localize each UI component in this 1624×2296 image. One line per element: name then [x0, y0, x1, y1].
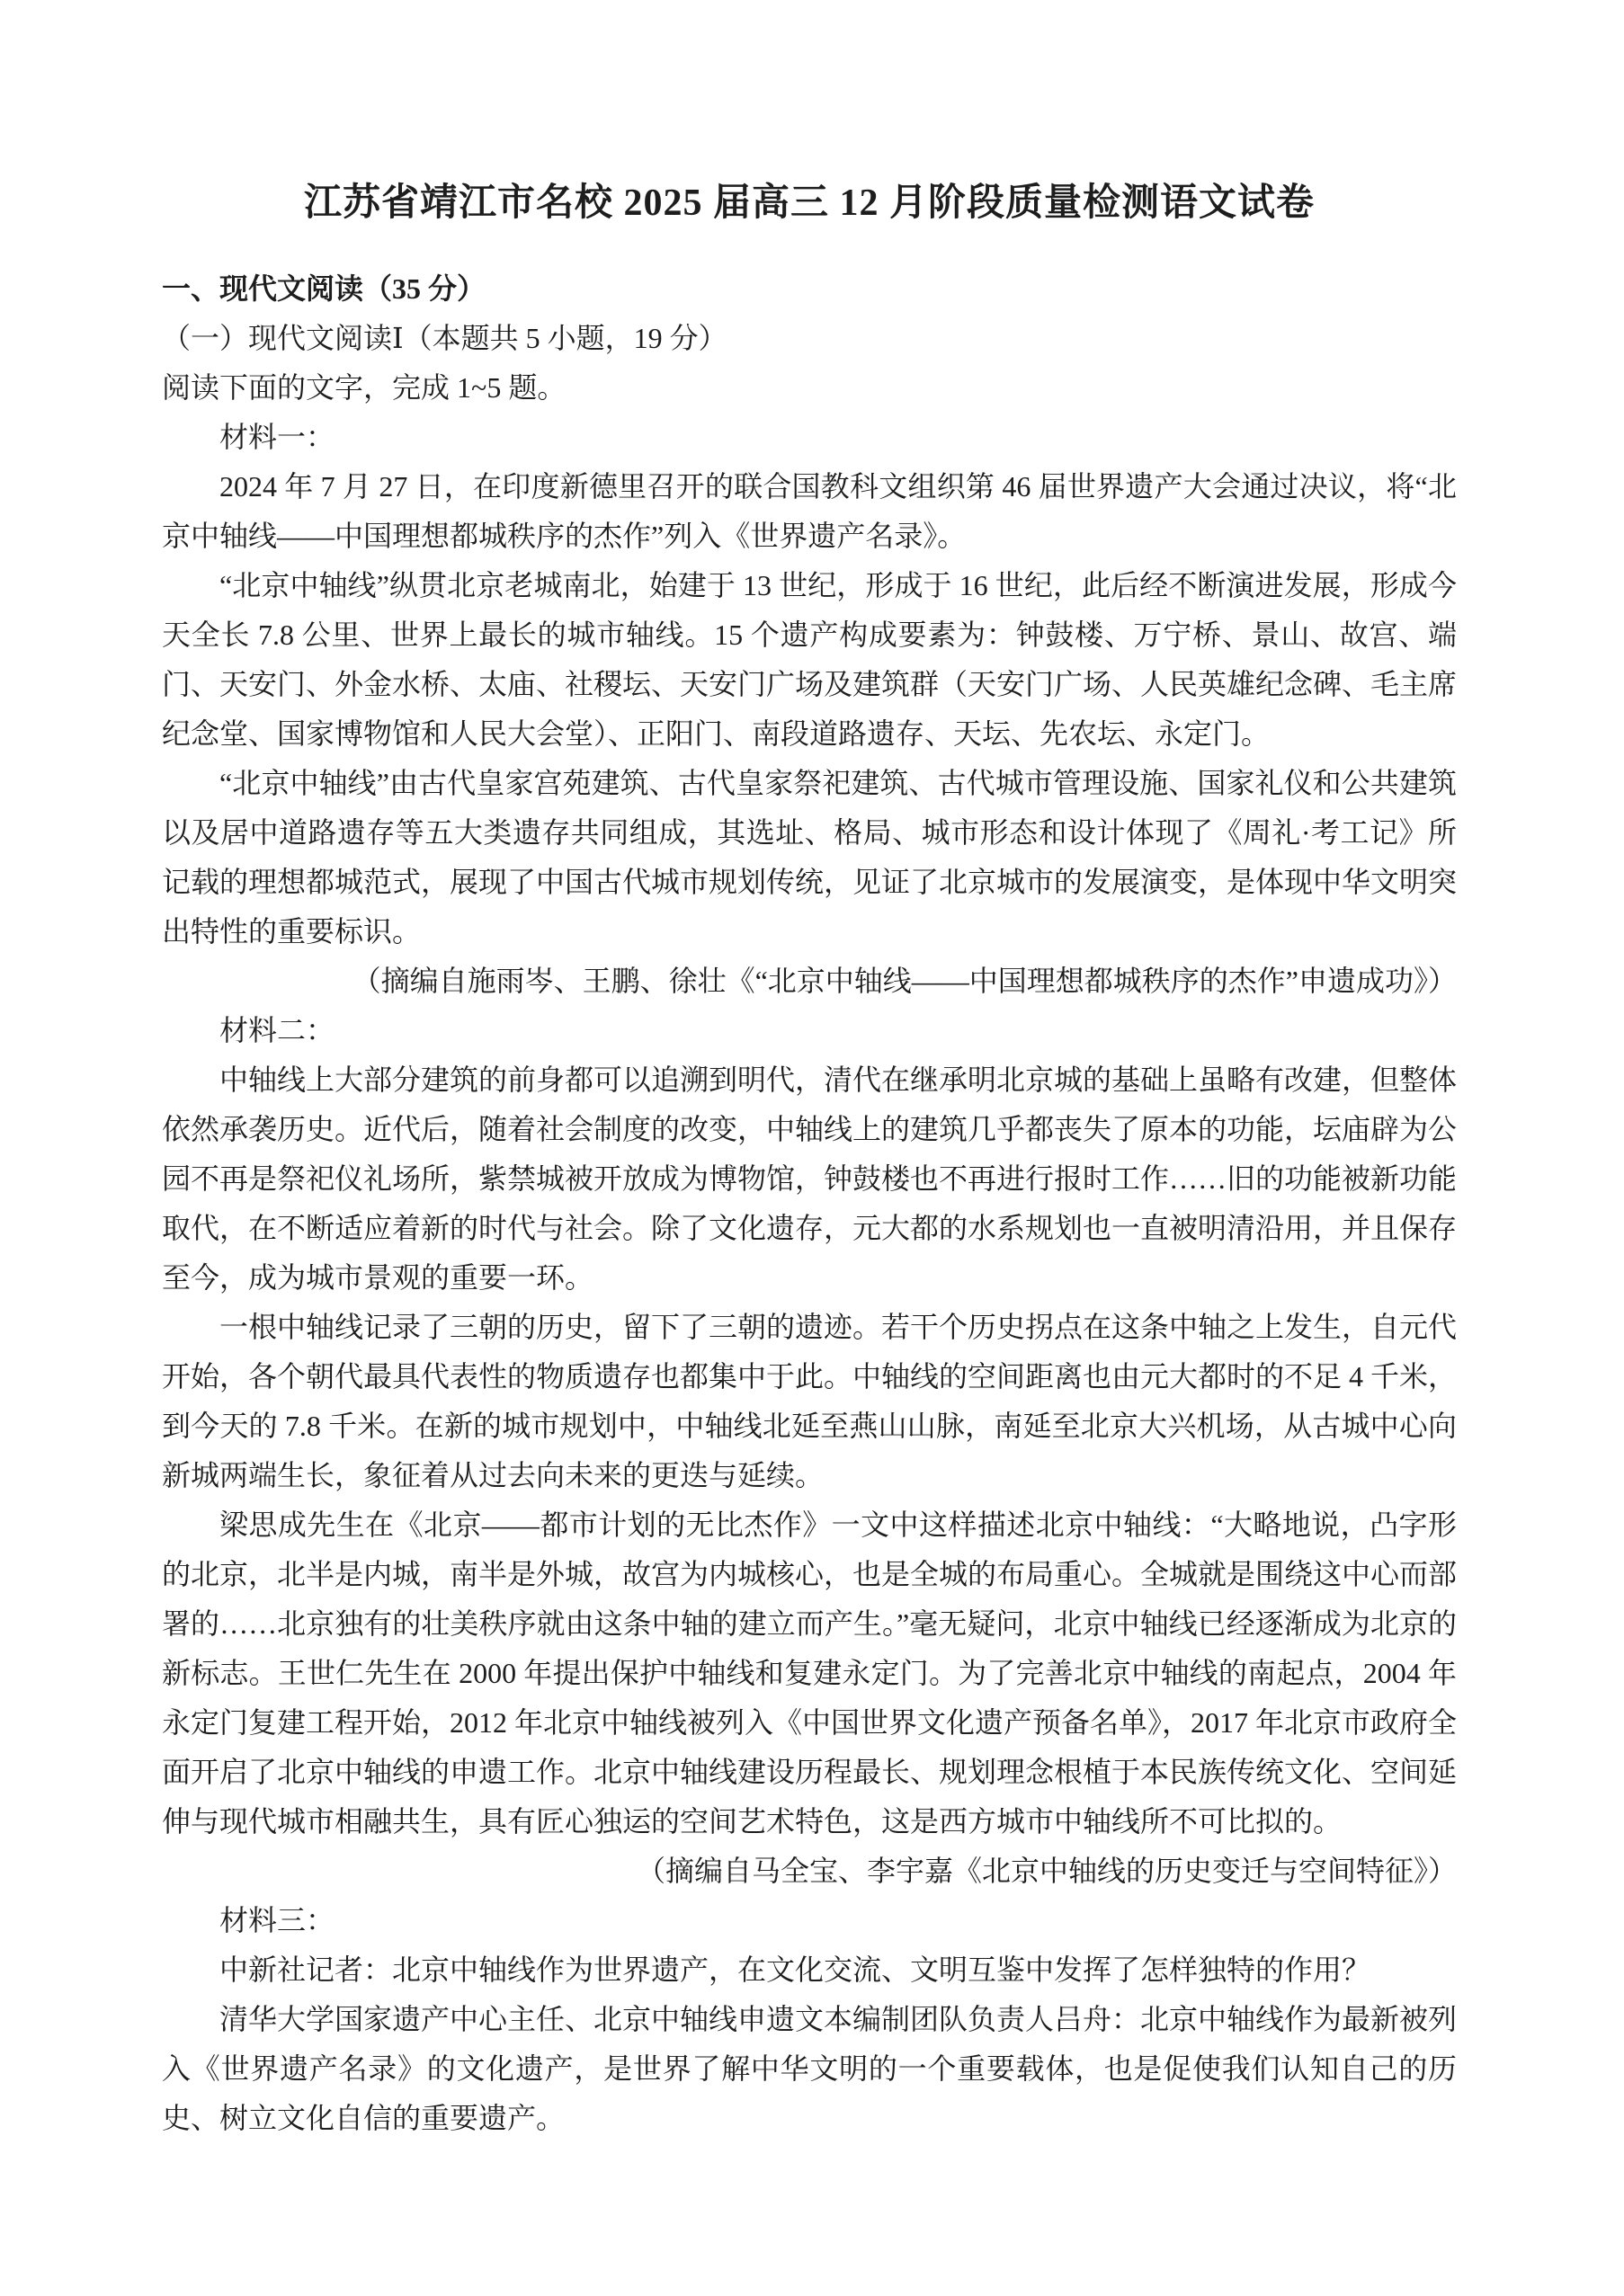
passage-paragraph: “北京中轴线”纵贯北京老城南北，始建于 13 世纪，形成于 16 世纪，此后经不… [162, 561, 1457, 759]
passage-paragraph: 梁思成先生在《北京——都市计划的无比杰作》一文中这样描述北京中轴线：“大略地说，… [162, 1500, 1457, 1847]
source-attribution: （摘编自施雨岑、王鹏、徐壮《“北京中轴线——中国理想都城秩序的杰作”申遗成功》） [162, 957, 1457, 1006]
material-label: 材料三： [162, 1896, 1457, 1945]
material-label: 材料二： [162, 1006, 1457, 1055]
passage-paragraph: 一根中轴线记录了三朝的历史，留下了三朝的遗迹。若干个历史拐点在这条中轴之上发生，… [162, 1303, 1457, 1500]
subsection-heading: （一）现代文阅读Ⅰ（本题共 5 小题，19 分） [162, 314, 1457, 363]
passage-paragraph: 中轴线上大部分建筑的前身都可以追溯到明代，清代在继承明北京城的基础上虽略有改建，… [162, 1055, 1457, 1303]
section-heading: 一、现代文阅读（35 分） [162, 264, 1457, 314]
exam-paper-page: 江苏省靖江市名校 2025 届高三 12 月阶段质量检测语文试卷 一、现代文阅读… [0, 0, 1624, 2296]
passage-paragraph: 清华大学国家遗产中心主任、北京中轴线申遗文本编制团队负责人吕舟：北京中轴线作为最… [162, 1995, 1457, 2143]
passage-paragraph: 中新社记者：北京中轴线作为世界遗产，在文化交流、文明互鉴中发挥了怎样独特的作用？ [162, 1945, 1457, 1995]
reading-instruction: 阅读下面的文字，完成 1~5 题。 [162, 363, 1457, 413]
passage-paragraph: 2024 年 7 月 27 日，在印度新德里召开的联合国教科文组织第 46 届世… [162, 462, 1457, 561]
reading-passage: 材料一：2024 年 7 月 27 日，在印度新德里召开的联合国教科文组织第 4… [162, 413, 1457, 2143]
paper-title: 江苏省靖江市名校 2025 届高三 12 月阶段质量检测语文试卷 [162, 176, 1457, 230]
passage-paragraph: “北京中轴线”由古代皇家宫苑建筑、古代皇家祭祀建筑、古代城市管理设施、国家礼仪和… [162, 759, 1457, 957]
source-attribution: （摘编自马全宝、李宇嘉《北京中轴线的历史变迁与空间特征》） [162, 1847, 1457, 1896]
material-label: 材料一： [162, 413, 1457, 462]
